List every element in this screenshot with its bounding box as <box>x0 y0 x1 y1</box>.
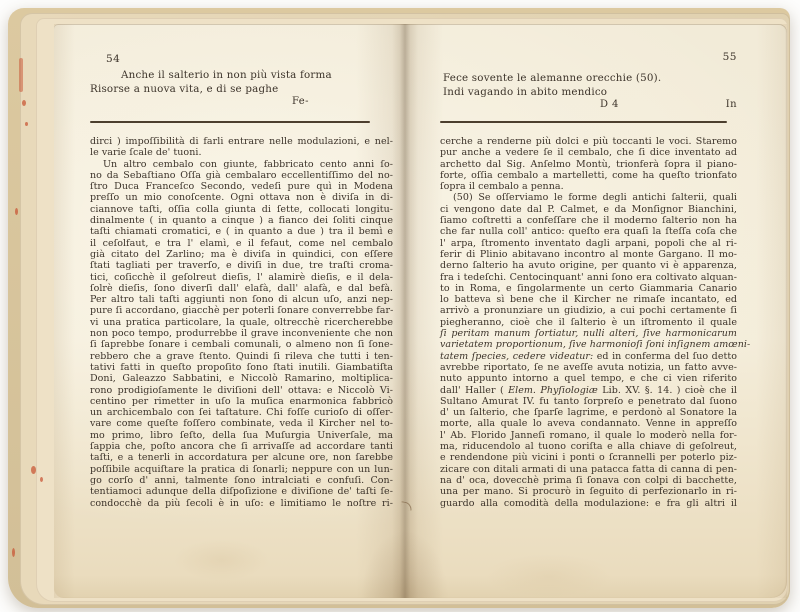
text-line: ſtati tagliati per traverſo, e diviſi in… <box>90 260 393 271</box>
text-line: piegheranno, cioè che il ſalterio è un i… <box>440 317 737 328</box>
text-line: ſopra il cembalo a penna. <box>440 181 737 192</box>
text-line: l' Ab. Florido Janneſi romano, il quale … <box>440 430 737 441</box>
verse-line: Risorse a nuova vita, e di se paghe <box>90 83 278 95</box>
text-line: rebbero che a grave ſtento. Quindi ſi ri… <box>90 351 393 362</box>
red-edge-speckle <box>15 208 18 215</box>
text-line: tativi fatti in queſto propoſito ſono ſt… <box>90 362 393 373</box>
text-line: taſti, e a tenerli in accordatura per al… <box>90 452 393 463</box>
text-line: non poco tempo, produrrebbe il grave inc… <box>90 328 393 339</box>
text-line: il ceſolfaut, e tra l' elamì, e il fefau… <box>90 238 393 249</box>
page-number-right: 55 <box>654 51 737 63</box>
gathering-signature: D 4 <box>600 99 619 110</box>
text-line: taſti chiamati cromatici, e ( in quanto … <box>90 226 393 237</box>
text-line: fra i tedeſchi. Centocinquant' anni ſono… <box>440 272 737 283</box>
verse-line: Fece sovente le alemanne orecchie (50). <box>443 72 661 84</box>
text-line: ſiamo coſtretti a confeſſare che il mode… <box>440 215 737 226</box>
text-line: archetto dal Sig. Anſelmo Montù, trionfe… <box>440 159 737 170</box>
text-line: zicare con ditali armati di una patacca … <box>440 464 737 475</box>
text-line: ſtro Duca Franceſco Secondo, vedeſi pure… <box>90 181 393 192</box>
red-edge-speckle <box>25 122 28 126</box>
text-line: no da Sebaſtiano Oſſa già cembalaro ecce… <box>90 170 393 181</box>
text-line: una per mano. Si procurò in ſeguito di p… <box>440 486 737 497</box>
text-line: guardo alla comodità della modulazione: … <box>440 498 737 509</box>
text-line: Un altro cembalo con giunte, fabbricato … <box>90 159 393 170</box>
text-line: vi una pratica particolare, la quale, ol… <box>90 317 393 328</box>
left-page-text: dirci ) impoſſibilità di farli entrare n… <box>90 136 393 509</box>
text-line: nuto appunto intorno a quel tempo, e che… <box>440 373 737 384</box>
text-line: tentiamoci adunque della diſpoſizione e … <box>90 486 393 497</box>
text-line: le varie ſcale de' tuoni. <box>90 147 393 158</box>
text-line: già citato del Zarlino; ma è diviſa in q… <box>90 249 393 260</box>
text-line: arrivò a pronunziare un giudizio, a cui … <box>440 305 737 316</box>
text-line: pure ſi accordano, giacchè per poterli ſ… <box>90 305 393 316</box>
paper-stain <box>484 554 614 598</box>
text-line: ſi ſaprebbe ſonare i cembali comunali, o… <box>90 339 393 350</box>
text-line: ci vengono date dal P. Calmet, e da Monſ… <box>440 204 737 215</box>
text-line: vare come queſte foſſero combinate, veda… <box>90 418 393 429</box>
text-line: preſſo un mio conoſcente. Ogni ottava no… <box>90 192 393 203</box>
text-line: morte, alla quale lo aveva condannato. V… <box>440 418 737 429</box>
text-line: poſſibile acquiſtare la pratica di ſonar… <box>90 464 393 475</box>
text-line: e rendendone più vicini i ponti o ſcrann… <box>440 452 737 463</box>
text-line: avrebbe riportato, ſe ne aveſſe avuta no… <box>440 362 737 373</box>
text-line: forte, oſſia cembalo a martelletti, come… <box>440 170 737 181</box>
header-rule-left <box>90 121 370 123</box>
text-line: na d' oca, dovecchè prima ſi ſonava con … <box>440 475 737 486</box>
book-scan: 54 Anche il salterio in non più vista fo… <box>0 0 800 612</box>
red-edge-speckle <box>40 477 43 482</box>
text-line: tatem ſpecies, cedere videatur: ed in co… <box>440 351 737 362</box>
red-edge-speckle <box>19 58 23 92</box>
catchword-left: Fe- <box>292 96 309 107</box>
red-edge-speckle <box>22 100 26 106</box>
text-line: varietatem proportionum, ſive harmonioſi… <box>440 339 737 350</box>
text-line: lo batteva sì bene che il Kircher ne rim… <box>440 294 737 305</box>
red-edge-speckle <box>31 466 36 474</box>
text-line: l' arpa, ſtromento inventato dagli arpan… <box>440 238 737 249</box>
text-line: dinalmente ( in quanto a cinque ) a fian… <box>90 215 393 226</box>
text-line: pur anche a vedere ſe il cembalo, che ſi… <box>440 147 737 158</box>
text-line: ſi peritam manum ſortiatur, nulli alteri… <box>440 328 737 339</box>
page-number-left: 54 <box>106 53 120 65</box>
text-line: to in Roma, e ſingolarmente un certo Gia… <box>440 283 737 294</box>
catchword-right: In <box>694 99 737 110</box>
open-book-spread: 54 Anche il salterio in non più vista fo… <box>54 24 787 598</box>
text-line: dirci ) impoſſibilità di farli entrare n… <box>90 136 393 147</box>
text-line: condocchè da più ſecoli è in uſo: e limi… <box>90 498 393 509</box>
text-line: ſappia che, poſto ancora che ſi arrivaſſ… <box>90 441 393 452</box>
text-line: rono prodigioſamente le diviſioni dell' … <box>90 385 393 396</box>
red-edge-speckle <box>12 548 15 557</box>
text-line: d' un ſalterio, che ſparſe lagrime, e pe… <box>440 407 737 418</box>
paper-stain <box>174 539 269 581</box>
text-line: ferir di Plinio abitavano incontro al mo… <box>440 249 737 260</box>
text-line: centino per rimetter in uſo la muſica en… <box>90 396 393 407</box>
text-line: un archicembalo con ſei taſtature. Chi f… <box>90 407 393 418</box>
verse-line: Indi vagando in abito mendico <box>443 86 607 98</box>
text-line: tici, coſicchè il geſolreut dieſis, l' a… <box>90 272 393 283</box>
right-page-text: cerche a renderne più dolci e più toccan… <box>440 136 737 509</box>
text-line: (50) Se oſſerviamo le forme degli antich… <box>440 192 737 203</box>
text-line: Doni, Galeazzo Sabbatini, e Niccolò Rama… <box>90 373 393 384</box>
text-line: go corſo d' anni, talmente ſono intralci… <box>90 475 393 486</box>
text-line: Sultano Amurat IV. fu tanto ſorpreſo e p… <box>440 396 737 407</box>
verse-line: Anche il salterio in non più vista forma <box>121 69 332 81</box>
text-line: dall' Haller ( Elem. Phyſiologiæ Lib. XV… <box>440 385 737 396</box>
text-line: cerche a renderne più dolci e più toccan… <box>440 136 737 147</box>
text-line: mo primo, libro ſeſto, della ſua Muſurgi… <box>90 430 393 441</box>
text-line: che far nulla coll' antico: queſto era q… <box>440 226 737 237</box>
text-line: derno ſalterio ha avuto origine, per qua… <box>440 260 737 271</box>
header-rule-right <box>440 121 727 123</box>
text-line: ciannove taſti, oſſia colla giunta di ſe… <box>90 204 393 215</box>
text-line: Per altro tali taſti aggiunti non ſono d… <box>90 294 393 305</box>
text-line: ſolrè dieſis, ſono diverſi dall' elafà, … <box>90 283 393 294</box>
text-line: ma, riducendolo al tuono coriſta e alla … <box>440 441 737 452</box>
